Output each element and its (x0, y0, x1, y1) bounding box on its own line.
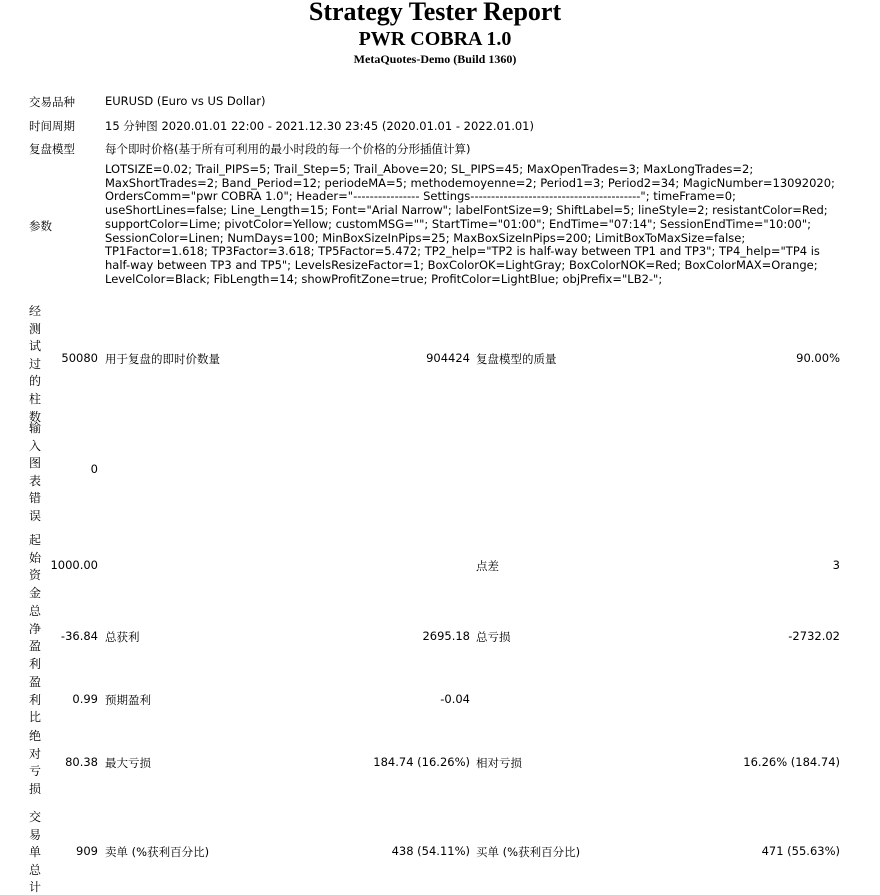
maximal-drawdown-label: 最大亏损 (105, 755, 151, 771)
model-value: 每个即时价格(基于所有可利用的最小时段的每一个价格的分形插值计算) (105, 141, 470, 157)
short-positions-value: 438 (54.11%) (340, 844, 470, 858)
expert-name: PWR COBRA 1.0 (0, 27, 870, 51)
spread-value: 3 (740, 558, 840, 572)
spread-label: 点差 (476, 558, 499, 574)
quality-label: 复盘模型的质量 (476, 351, 557, 367)
bars-value: 50080 (50, 351, 98, 365)
gross-loss-label: 总亏损 (476, 629, 511, 645)
symbol-label: 交易品种 (29, 94, 75, 110)
model-label: 复盘模型 (29, 141, 75, 157)
symbol-value: EURUSD (Euro vs US Dollar) (105, 94, 265, 108)
parameters-value: LOTSIZE=0.02; Trail_PIPS=5; Trail_Step=5… (105, 163, 845, 286)
ticks-value: 904424 (380, 351, 470, 365)
profit-factor-value: 0.99 (40, 692, 98, 706)
expected-payoff-value: -0.04 (380, 692, 470, 706)
server-build: MetaQuotes-Demo (Build 1360) (0, 52, 870, 67)
parameters-label: 参数 (29, 218, 52, 234)
long-positions-value: 471 (55.63%) (720, 844, 840, 858)
mismatch-value: 0 (50, 462, 98, 476)
bars-label: 经测试过的柱数 (29, 303, 43, 426)
period-value: 15 分钟图 2020.01.01 22:00 - 2021.12.30 23:… (105, 118, 534, 134)
long-positions-label: 买单 (%获利百分比) (476, 844, 580, 860)
relative-drawdown-value: 16.26% (184.74) (720, 755, 840, 769)
relative-drawdown-label: 相对亏损 (476, 755, 522, 771)
period-label: 时间周期 (29, 118, 75, 134)
gross-loss-value: -2732.02 (740, 629, 840, 643)
gross-profit-label: 总获利 (105, 629, 140, 645)
net-profit-value: -36.84 (40, 629, 98, 643)
expected-payoff-label: 预期盈利 (105, 692, 151, 708)
mismatch-label: 输入图表错误 (29, 420, 43, 526)
absolute-drawdown-value: 80.38 (40, 755, 98, 769)
maximal-drawdown-value: 184.74 (16.26%) (340, 755, 470, 769)
total-trades-value: 909 (40, 844, 98, 858)
ticks-label: 用于复盘的即时价数量 (105, 351, 220, 367)
report-title: Strategy Tester Report (0, 0, 870, 28)
gross-profit-value: 2695.18 (380, 629, 470, 643)
short-positions-label: 卖单 (%获利百分比) (105, 844, 209, 860)
quality-value: 90.00% (740, 351, 840, 365)
deposit-value: 1000.00 (40, 558, 98, 572)
